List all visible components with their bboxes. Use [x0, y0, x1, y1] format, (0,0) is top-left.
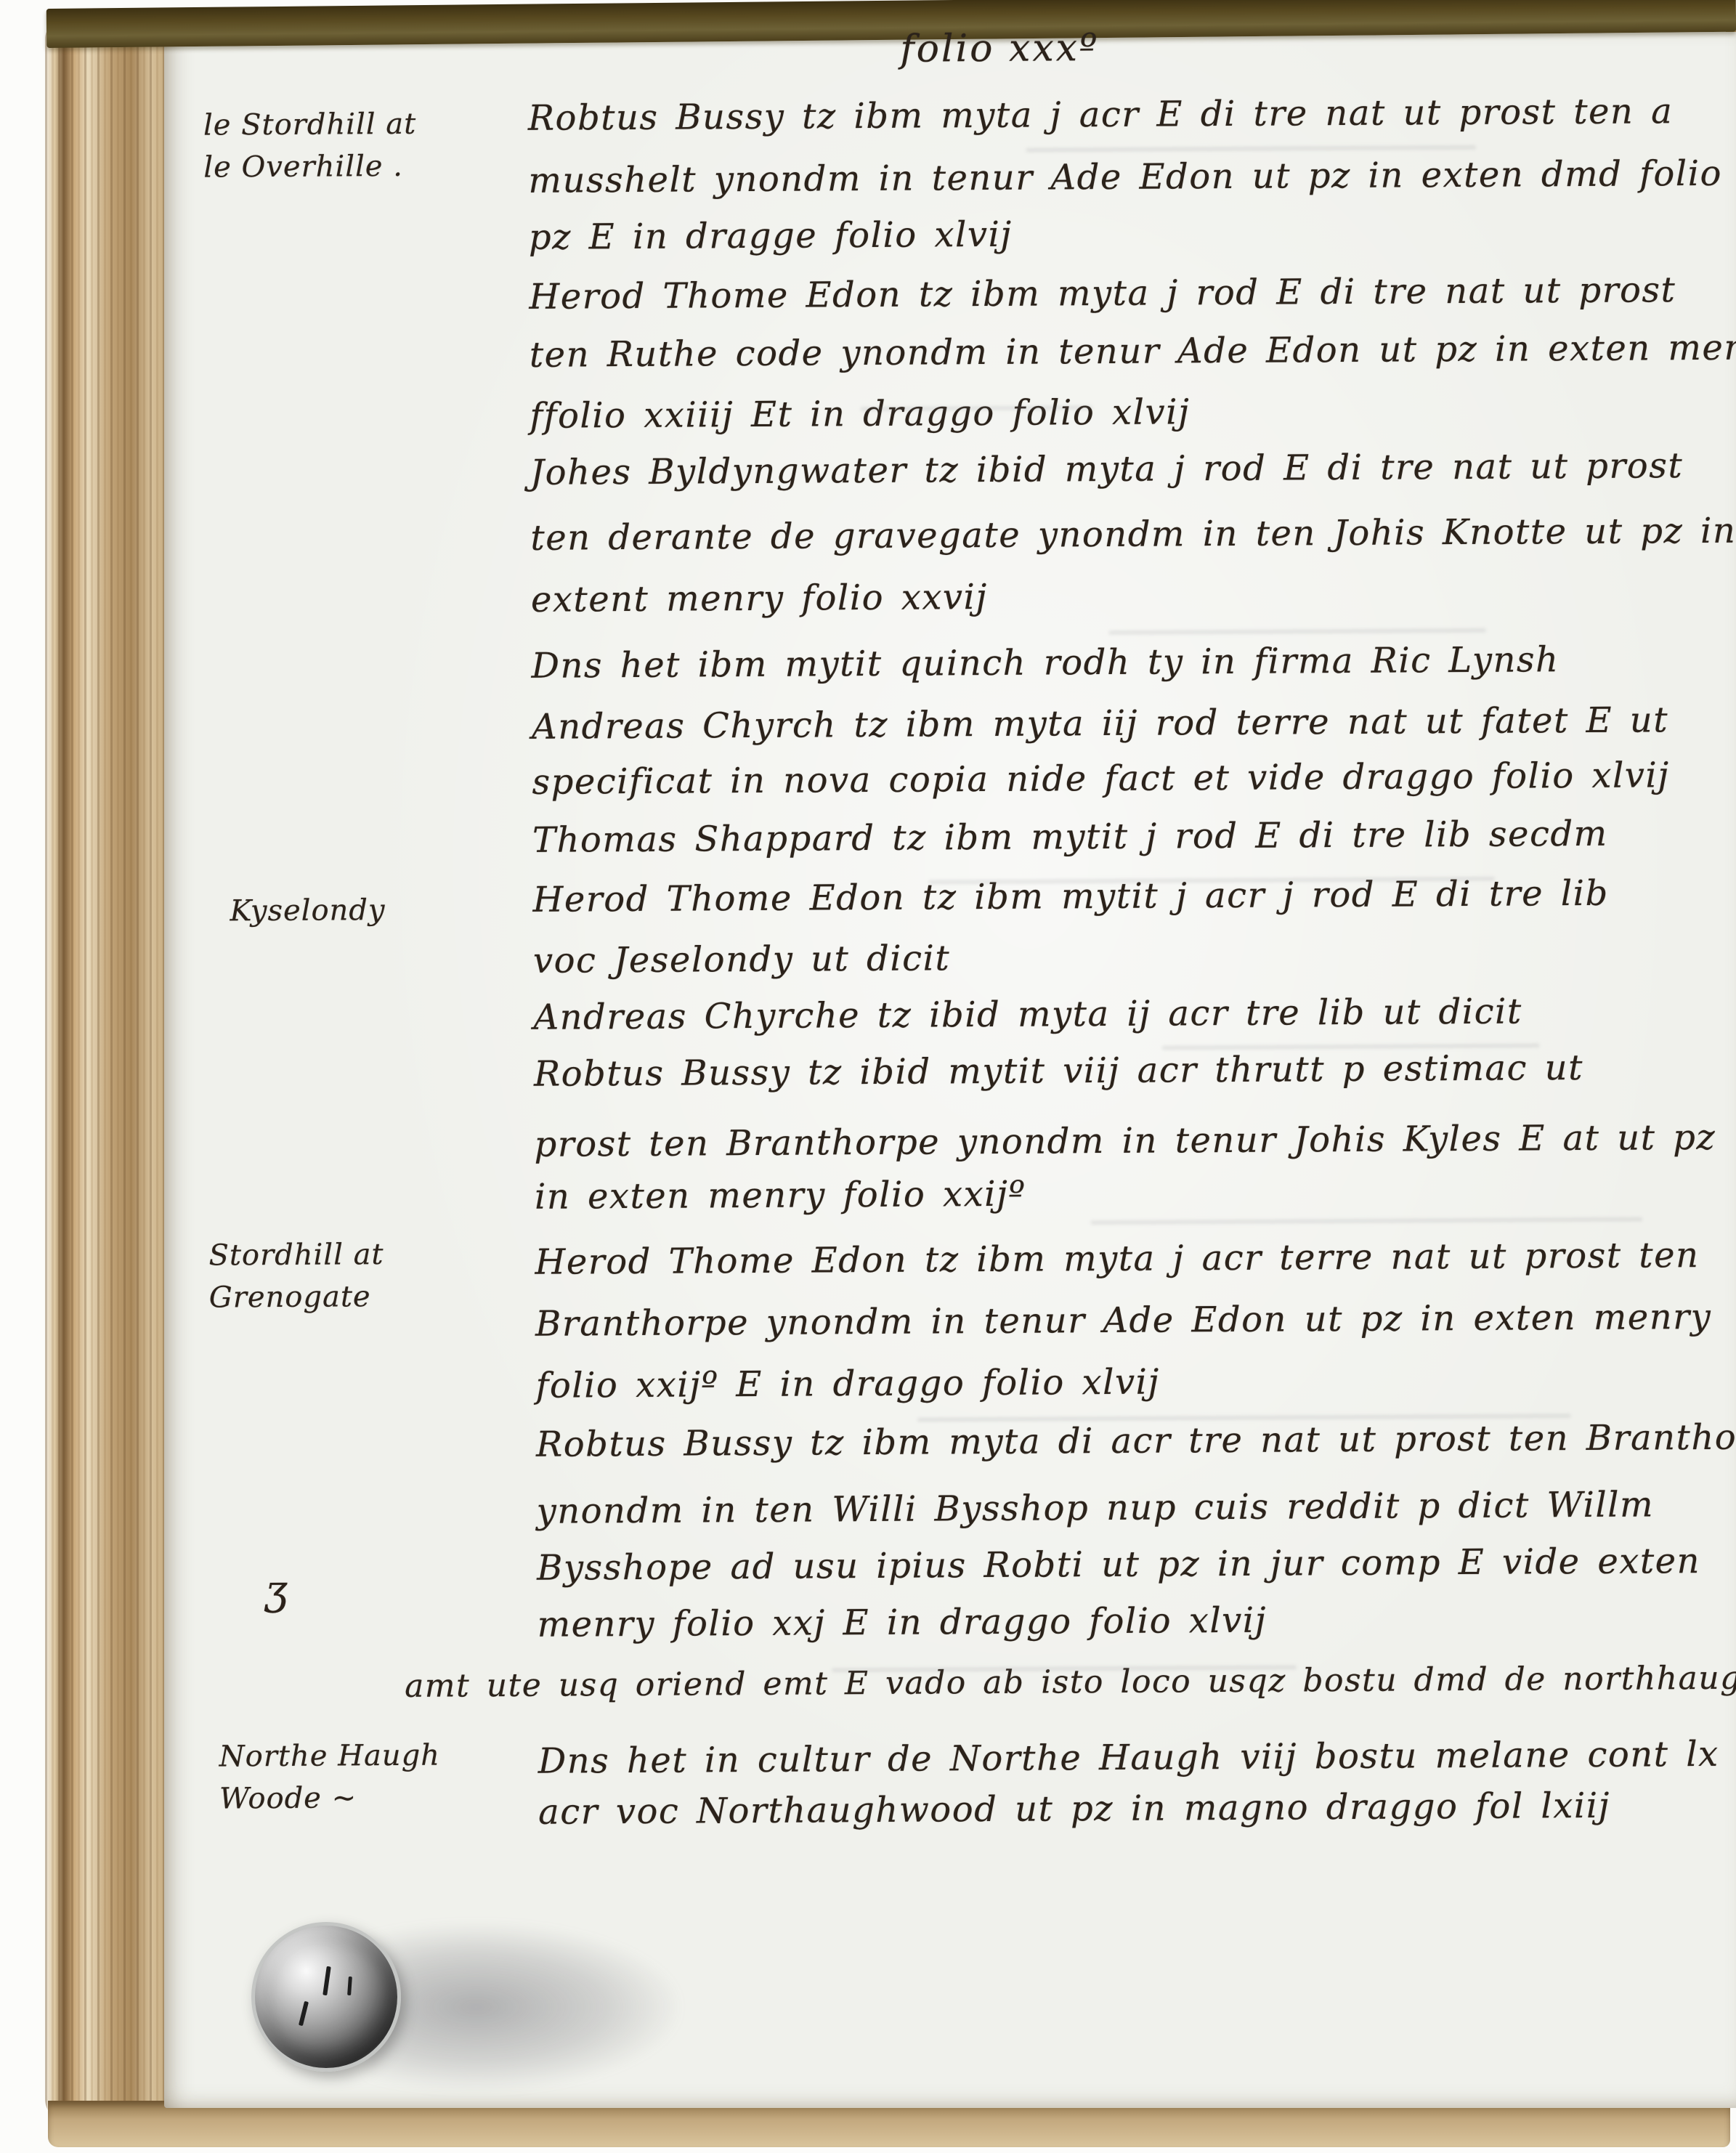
manuscript-line: acr voc Northaughwood ut pz in magno dra…: [538, 1785, 1610, 1833]
manuscript-line: Johes Byldyngwater tz ibid myta j rod E …: [530, 445, 1684, 493]
margin-note-line: Stordhill at: [208, 1233, 384, 1276]
margin-note-line: Kyselondy: [230, 889, 385, 932]
manuscript-line: voc Jeselondy ut dicit: [533, 938, 951, 981]
paragraph-mark: ʒ: [264, 1567, 288, 1614]
folio-heading: folio xxxº: [900, 26, 1099, 71]
manuscript-line: ten derante de gravegate ynondm in ten J…: [530, 511, 1736, 559]
bleed-mark: [1026, 145, 1476, 153]
manuscript-line: menry folio xxj E in draggo folio xlvij: [537, 1600, 1267, 1645]
margin-note-stordhill-at-grenogate: Stordhill atGrenogate: [208, 1233, 384, 1318]
manuscript-photo: folio xxxº le Stordhill atle Overhille .…: [0, 0, 1736, 2153]
bleed-mark: [1090, 1217, 1642, 1225]
manuscript-line: Robtus Bussy tz ibm myta di acr tre nat …: [536, 1416, 1736, 1465]
manuscript-line: Dns het ibm mytit quinch rodh ty in firm…: [531, 639, 1559, 686]
manuscript-line: Herod Thome Edon tz ibm myta j rod E di …: [529, 269, 1676, 317]
manuscript-line: Robtus Bussy tz ibm myta j acr E di tre …: [528, 91, 1674, 139]
stud-scratch: [299, 2001, 309, 2026]
margin-note-northe-haugh-woode: Northe HaughWoode ~: [219, 1735, 441, 1820]
manuscript-line: musshelt ynondm in tenur Ade Edon ut pz …: [528, 153, 1722, 201]
margin-note-kyselondy: Kyselondy: [230, 889, 385, 932]
margin-note-line: le Stordhill at: [203, 103, 417, 147]
margin-note-stordhill-at-overhille: le Stordhill atle Overhille .: [203, 103, 417, 189]
manuscript-line: ten Ruthe code ynondm in tenur Ade Edon …: [530, 327, 1736, 376]
manuscript-line: Herod Thome Edon tz ibm myta j acr terre…: [535, 1235, 1699, 1283]
stud-shadow: [367, 1923, 679, 2091]
handwriting-layer: folio xxxº le Stordhill atle Overhille .…: [0, 0, 1736, 2153]
manuscript-line: ffolio xxiiij Et in draggo folio xlvij: [530, 392, 1190, 437]
margin-note-line: Woode ~: [219, 1777, 441, 1820]
manuscript-text-block: Robtus Bussy tz ibm myta j acr E di tre …: [0, 0, 1729, 5]
margin-notes: le Stordhill atle Overhille .KyselondySt…: [0, 0, 1729, 5]
manuscript-line: Andreas Chyrch tz ibm myta iij rod terre…: [532, 700, 1668, 747]
manuscript-line: folio xxijº E in draggo folio xlvij: [535, 1362, 1160, 1406]
manuscript-line: Branthorpe ynondm in tenur Ade Edon ut p…: [535, 1297, 1711, 1345]
manuscript-line: ynondm in ten Willi Bysshop nup cuis red…: [536, 1484, 1654, 1531]
margin-note-line: Grenogate: [209, 1276, 384, 1318]
manuscript-line: Dns het in cultur de Northe Haugh viij b…: [538, 1734, 1719, 1782]
metal-stud: [251, 1922, 401, 2072]
manuscript-line: Bysshope ad usu ipius Robti ut pz in jur…: [537, 1541, 1700, 1589]
manuscript-line: specificat in nova copia nide fact et vi…: [532, 755, 1670, 803]
manuscript-line: Robtus Bussy tz ibid mytit viij acr thru…: [534, 1047, 1583, 1095]
manuscript-line: prost ten Branthorpe ynondm in tenur Joh…: [534, 1117, 1716, 1165]
margin-note-line: Northe Haugh: [219, 1735, 441, 1778]
manuscript-line: pz E in dragge folio xlvij: [529, 214, 1013, 258]
manuscript-line: extent menry folio xxvij: [531, 577, 988, 620]
manuscript-line: Thomas Shappard tz ibm mytit j rod E di …: [532, 814, 1608, 861]
bleed-mark: [1108, 628, 1486, 635]
manuscript-line: Andreas Chyrche tz ibid myta ij acr tre …: [533, 991, 1522, 1037]
stud-scratch: [323, 1966, 331, 1995]
stud-scratch: [347, 1976, 352, 1995]
ink-bleed-through: [0, 0, 1729, 5]
margin-note-line: le Overhille .: [203, 145, 417, 189]
manuscript-line: in exten menry folio xxijº: [535, 1174, 1026, 1217]
